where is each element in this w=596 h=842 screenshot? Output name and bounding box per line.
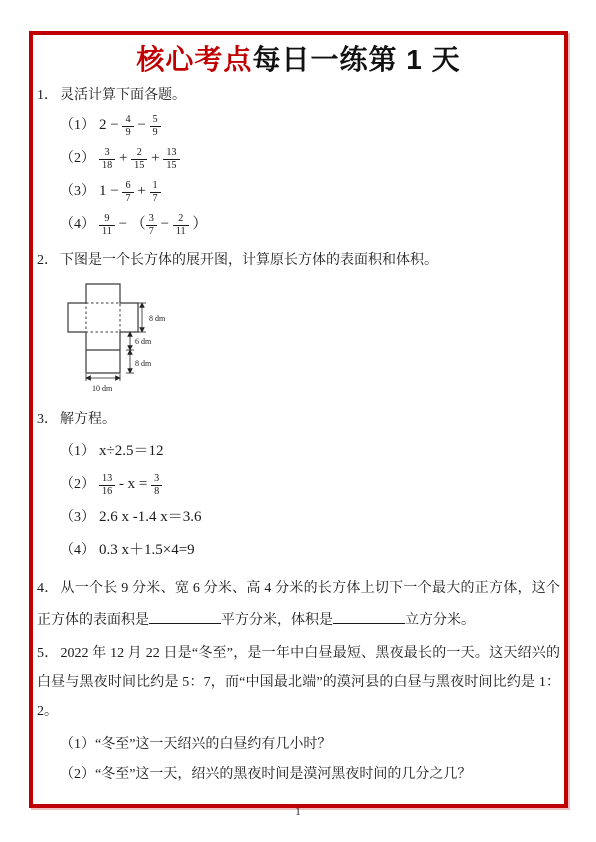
box-net-diagram: 8 dm 6 dm 8 dm 10 dm: [63, 280, 238, 398]
item-number: （2）: [60, 767, 95, 782]
item-number: （1）: [60, 444, 95, 459]
question-text: 从一个长 9 分米、宽 6 分米、高 4 分米的长方体上切下一个最大的正方体，这…: [37, 581, 560, 628]
question-number: 5．: [37, 646, 58, 661]
math-expression: 0.3 x＋1.5×4=9: [99, 542, 195, 558]
fraction: 37: [146, 214, 157, 237]
q3-item-4: （4）0.3 x＋1.5×4=9: [60, 537, 560, 563]
fraction: 49: [122, 115, 133, 138]
math-expression: 318 + 215 + 1315: [99, 150, 180, 166]
q3-item-3: （3）2.6 x -1.4 x＝3.6: [60, 504, 560, 530]
fraction: 318: [99, 148, 115, 171]
question-5-prompt: 5．2022 年 12 月 22 日是“冬至”，是一年中白昼最短、黑夜最长的一天…: [37, 639, 560, 726]
fraction: 59: [150, 115, 161, 138]
question-2-prompt: 2．下图是一个长方体的展开图，计算原长方体的表面积和体积。: [37, 251, 560, 270]
question-3-prompt: 3．解方程。: [37, 410, 560, 429]
fraction: 215: [131, 148, 147, 171]
fraction: 38: [151, 474, 162, 497]
answer-blank: [333, 609, 405, 624]
question-number: 4．: [37, 581, 59, 596]
item-number: （1）: [60, 737, 95, 752]
q1-item-2: （2）318 + 215 + 1315: [60, 145, 560, 171]
q1-item-4: （4）911 − （37 − 211 ）: [60, 211, 560, 237]
question-text: 2022 年 12 月 22 日是“冬至”，是一年中白昼最短、黑夜最长的一天。这…: [37, 646, 560, 719]
fraction: 67: [122, 181, 133, 204]
dim-label-width: 10 dm: [92, 384, 113, 393]
page-title: 核心考点每日一练第 1 天: [37, 43, 560, 77]
dim-label-mid-height: 6 dm: [135, 337, 152, 346]
dim-label-right-height: 8 dm: [149, 314, 166, 323]
math-expression: x÷2.5＝12: [99, 443, 163, 459]
net-hidden-face: [86, 303, 120, 332]
question-text: 下图是一个长方体的展开图，计算原长方体的表面积和体积。: [60, 253, 438, 268]
fraction: 1315: [163, 148, 179, 171]
item-number: （1）: [60, 118, 95, 133]
answer-blank: [149, 609, 221, 624]
question-text: 解方程。: [60, 412, 116, 427]
title-highlight: 核心考点: [136, 44, 252, 75]
q1-item-3: （3）1 − 67 + 17: [60, 178, 560, 204]
worksheet-content: 核心考点每日一练第 1 天 1．灵活计算下面各题。 （1）2 − 49 − 59…: [33, 35, 562, 800]
item-text: “冬至”这一天，绍兴的黑夜时间是漠河黑夜时间的几分之几？: [95, 767, 471, 782]
dim-label-bottom-height: 8 dm: [135, 359, 152, 368]
q5-item-1: （1）“冬至”这一天绍兴的白昼约有几小时？: [60, 734, 560, 756]
worksheet-page: 核心考点每日一练第 1 天 1．灵活计算下面各题。 （1）2 − 49 − 59…: [0, 0, 596, 842]
fraction: 211: [173, 214, 189, 237]
title-rest: 每日一练第 1 天: [252, 44, 460, 75]
math-expression: 2 − 49 − 59: [99, 117, 161, 133]
math-expression: 911 − （37 − 211 ）: [99, 216, 207, 232]
item-number: （4）: [60, 217, 95, 232]
question-number: 3．: [37, 412, 58, 427]
question-text: 灵活计算下面各题。: [60, 88, 186, 103]
item-text: “冬至”这一天绍兴的白昼约有几小时？: [95, 737, 331, 752]
item-number: （3）: [60, 184, 95, 199]
net-outline: [68, 284, 138, 373]
q5-item-2: （2）“冬至”这一天，绍兴的黑夜时间是漠河黑夜时间的几分之几？: [60, 764, 560, 786]
question-number: 1．: [37, 88, 58, 103]
question-4-prompt: 4．从一个长 9 分米、宽 6 分米、高 4 分米的长方体上切下一个最大的正方体…: [37, 573, 560, 637]
q3-item-2: （2）1316 - x = 38: [60, 471, 560, 497]
item-number: （2）: [60, 151, 95, 166]
fraction: 1316: [99, 474, 115, 497]
item-number: （4）: [60, 543, 95, 558]
math-expression: 1316 - x = 38: [99, 476, 162, 492]
fraction: 911: [99, 214, 115, 237]
q1-item-1: （1）2 − 49 − 59: [60, 112, 560, 138]
question-1-prompt: 1．灵活计算下面各题。: [37, 86, 560, 105]
item-number: （2）: [60, 477, 95, 492]
item-number: （3）: [60, 510, 95, 525]
math-expression: 1 − 67 + 17: [99, 183, 161, 199]
math-expression: 2.6 x -1.4 x＝3.6: [99, 509, 202, 525]
question-number: 2．: [37, 253, 58, 268]
page-number: 1: [0, 804, 596, 819]
fraction: 17: [150, 181, 161, 204]
q3-item-1: （1）x÷2.5＝12: [60, 438, 560, 464]
